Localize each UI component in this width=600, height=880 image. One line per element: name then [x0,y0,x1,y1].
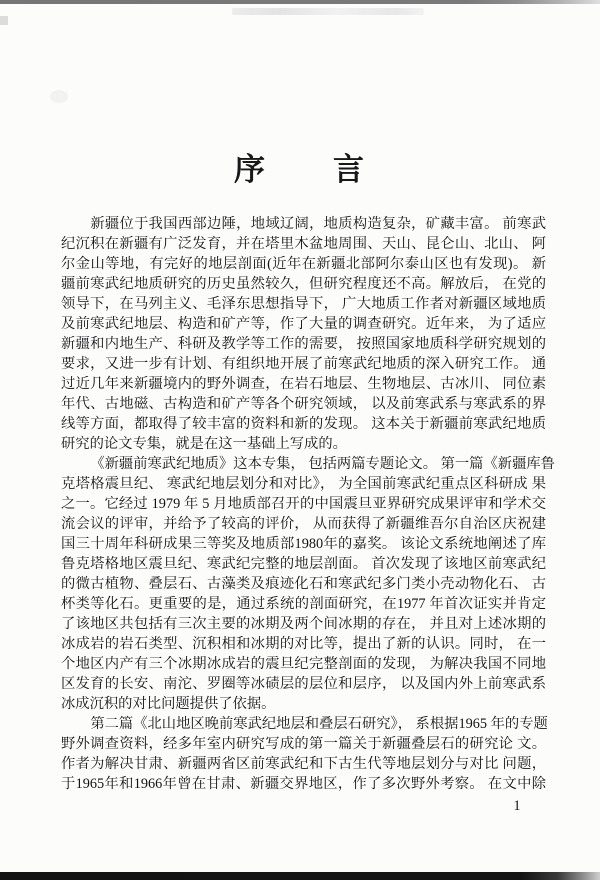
text-line: 的微古植物、叠层石、古藻类及痕迹化石和寒武纪多门类小壳动物化石、 古 [61,574,546,594]
text-line: 了该地区共包括有三次主要的冰期及两个间冰期的存在， 并且对上述冰期的 [61,614,546,634]
scan-top-edge-bar [0,0,600,4]
text-line: 克塔格震旦纪、 寒武纪地层划分和对比》， 为全国前寒武纪重点区科研成 果 [61,474,546,494]
text-line: 新疆位于我国西部边陲，地域辽阔，地质构造复杂，矿藏丰富。 前寒武 [61,214,546,234]
text-line: 研究的论文专集，就是在这一基础上写成的。 [61,434,546,454]
text-line: 国三十周年科研成果三等奖及地质部1980年的嘉奖。 该论文系统地阐述了库 [61,534,546,554]
text-line: 《新疆前寒武纪地质》这本专集， 包括两篇专题论文。 第一篇《新疆库鲁 [61,454,546,474]
text-line: 年代、古地磁、古构造和矿产等各个研究领域， 以及前寒武系与寒武系的界 [61,394,546,414]
text-line: 野外调查资料，经多年室内研究写成的第一篇关于新疆叠层石的研究论 文。 [61,734,546,754]
text-line: 线等方面，都取得了较丰富的资料和新的发现。 这本关于新疆前寒武纪地质 [61,414,546,434]
scan-bottom-edge-bar [0,872,600,880]
text-line: 个地区内产有三个冰期冰成岩的震旦纪完整剖面的发现， 为解决我国不同地 [61,654,546,674]
text-line: 纪沉积在新疆有广泛发育，并在塔里木盆地周围、天山、昆仑山、北山、 阿 [61,234,546,254]
text-line: 流会议的评审，并给予了较高的评价， 从而获得了新疆维吾尔自治区庆祝建 [61,514,546,534]
text-line: 区发育的长安、南沱、罗圈等冰碛层的层位和层序， 以及国内外上前寒武系 [61,674,546,694]
scan-speck [0,16,8,25]
page-title: 序 言 [0,144,600,189]
text-line: 鲁克塔格地区震旦纪、寒武纪完整的地层剖面。 首次发现了该地区前寒武纪 [61,554,546,574]
text-line: 冰成岩的岩石类型、沉积相和冰期的对比等，提出了新的认识。同时， 在一 [61,634,546,654]
text-line: 于1965年和1966年曾在甘肃、新疆交界地区，作了多次野外考察。 在文中除 [61,774,546,794]
text-line: 领导下，在马列主义、毛泽东思想指导下， 广大地质工作者对新疆区域地质 [61,294,546,314]
text-line: 新疆和内地生产、科研及教学等工作的需要， 按照国家地质科学研究规划的 [61,334,546,354]
text-line: 及前寒武纪地层、构造和矿产等，作了大量的调查研究。近年来， 为了适应 [61,314,546,334]
text-line: 要求，又进一步有计划、有组织地开展了前寒武纪地质的深入研究工作。 通 [61,354,546,374]
text-line: 第二篇《北山地区晚前寒武纪地层和叠层石研究》， 系根据1965 年的专题 [61,714,546,734]
scan-blot [50,90,68,103]
scanned-book-page: 序 言 新疆位于我国西部边陲，地域辽阔，地质构造复杂，矿藏丰富。 前寒武 纪沉积… [0,0,600,880]
text-line: 冰成沉积的对比问题提供了依据。 [61,694,546,714]
text-line: 过近几年来新疆境内的野外调查，在岩石地层、生物地层、古冰川、 同位素 [61,374,546,394]
body-text: 新疆位于我国西部边陲，地域辽阔，地质构造复杂，矿藏丰富。 前寒武 纪沉积在新疆有… [61,214,546,794]
text-line: 疆前寒武纪地质研究的历史虽然较久，但研究程度还不高。解放后， 在党的 [61,274,546,294]
text-line: 尔金山等地，有完好的地层剖面(近年在新疆北部阿尔泰山区也有发现)。 新 [61,254,546,274]
text-line: 之一。它经过 1979 年 5 月地质部召开的中国震旦亚界研究成果评审和学术交 [61,494,546,514]
page-number: 1 [505,798,529,815]
text-line: 作者为解决甘肃、新疆两省区前寒武纪和下古生代等地层划分与对比 问题， [61,754,546,774]
scan-smudge [232,8,424,15]
text-line: 杯类等化石。更重要的是，通过系统的剖面研究，在1977 年首次证实并肯定 [61,594,546,614]
